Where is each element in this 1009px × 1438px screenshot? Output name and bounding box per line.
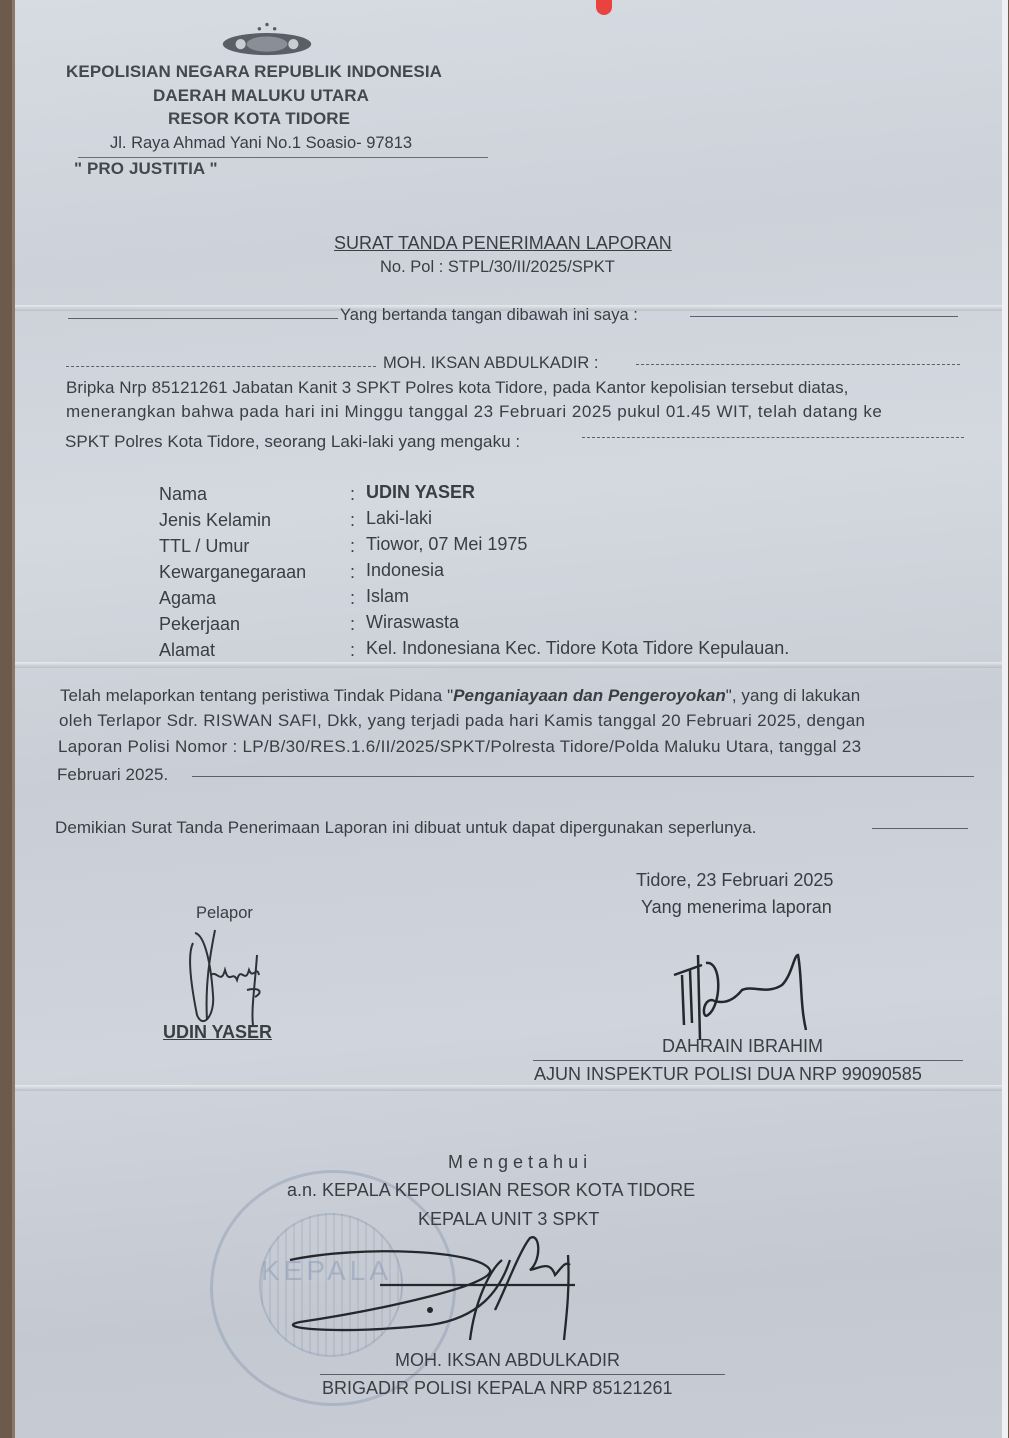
- header-divider: [78, 157, 488, 158]
- divider-line: [66, 366, 376, 368]
- pro-justitia: " PRO JUSTITIA ": [74, 159, 218, 179]
- divider-line: [192, 776, 974, 778]
- signed-below-text: Yang bertanda tangan dibawah ini saya :: [340, 306, 638, 325]
- field-separator: :: [350, 484, 355, 505]
- report-paragraph-line: oleh Terlapor Sdr. RISWAN SAFI, Dkk, yan…: [59, 711, 865, 731]
- unit-head-rank: BRIGADIR POLISI KEPALA NRP 85121261: [322, 1378, 673, 1399]
- field-separator: :: [350, 510, 355, 531]
- officer-name: MOH. IKSAN ABDULKADIR :: [383, 354, 598, 373]
- receiver-rank: AJUN INSPEKTUR POLISI DUA NRP 99090585: [534, 1064, 922, 1085]
- paper-fold: [15, 1085, 1008, 1091]
- field-value-gender: Laki-laki: [366, 508, 432, 529]
- reporter-label: Pelapor: [196, 904, 253, 923]
- paper-edge: [1002, 0, 1008, 1438]
- receiver-label: Yang menerima laporan: [641, 897, 832, 918]
- report-paragraph-line: Februari 2025.: [57, 765, 168, 785]
- field-value-occupation: Wiraswasta: [366, 612, 459, 633]
- acknowledged-label: M e n g e t a h u i: [448, 1152, 587, 1173]
- unit-head-name: MOH. IKSAN ABDULKADIR: [395, 1350, 620, 1371]
- field-value-name: UDIN YASER: [366, 482, 475, 503]
- report-paragraph-line: Laporan Polisi Nomor : LP/B/30/RES.1.6/I…: [58, 737, 861, 757]
- signature-line: [533, 1060, 963, 1062]
- document-number: No. Pol : STPL/30/II/2025/SPKT: [380, 258, 615, 277]
- intro-paragraph-line: Bripka Nrp 85121261 Jabatan Kanit 3 SPKT…: [66, 378, 848, 398]
- header-resort: RESOR KOTA TIDORE: [168, 109, 350, 129]
- field-separator: :: [350, 562, 355, 583]
- signature-line: [320, 1374, 725, 1376]
- field-separator: :: [350, 536, 355, 557]
- place-date: Tidore, 23 Februari 2025: [636, 870, 833, 891]
- divider-line: [636, 364, 960, 366]
- field-separator: :: [350, 614, 355, 635]
- field-label: Alamat: [159, 640, 215, 661]
- field-label: Jenis Kelamin: [159, 510, 271, 531]
- header-region: DAERAH MALUKU UTARA: [153, 86, 369, 106]
- field-label: Agama: [159, 588, 216, 609]
- report-text: Telah melaporkan tentang peristiwa Tinda…: [60, 686, 453, 705]
- report-paragraph-line: Telah melaporkan tentang peristiwa Tinda…: [60, 686, 860, 706]
- field-value-religion: Islam: [366, 586, 409, 607]
- reporter-signature: [185, 925, 285, 1030]
- field-value-birth: Tiowor, 07 Mei 1975: [366, 534, 527, 555]
- document-title: SURAT TANDA PENERIMAAN LAPORAN: [334, 233, 672, 254]
- intro-paragraph-line: SPKT Polres Kota Tidore, seorang Laki-la…: [65, 432, 520, 452]
- unit-head-signature: [280, 1230, 590, 1345]
- divider-line: [690, 316, 958, 318]
- header-institution: KEPOLISIAN NEGARA REPUBLIK INDONESIA: [66, 62, 442, 82]
- receiver-name: DAHRAIN IBRAHIM: [662, 1036, 823, 1057]
- closing-statement: Demikian Surat Tanda Penerimaan Laporan …: [55, 818, 757, 838]
- on-behalf-label: a.n. KEPALA KEPOLISIAN RESOR KOTA TIDORE: [287, 1180, 695, 1201]
- field-label: Kewarganegaraan: [159, 562, 306, 583]
- field-label: Pekerjaan: [159, 614, 240, 635]
- divider-line: [582, 437, 964, 439]
- field-value-citizenship: Indonesia: [366, 560, 444, 581]
- field-label: TTL / Umur: [159, 536, 249, 557]
- divider-line: [68, 318, 338, 320]
- police-emblem-icon: [214, 22, 320, 56]
- field-separator: :: [350, 640, 355, 661]
- field-label: Nama: [159, 484, 207, 505]
- divider-line: [872, 828, 968, 830]
- field-separator: :: [350, 588, 355, 609]
- receiver-signature: [672, 945, 822, 1040]
- unit-head-label: KEPALA UNIT 3 SPKT: [418, 1209, 599, 1230]
- reporter-name: UDIN YASER: [163, 1022, 272, 1043]
- header-address: Jl. Raya Ahmad Yani No.1 Soasio- 97813: [110, 134, 412, 153]
- field-value-address: Kel. Indonesiana Kec. Tidore Kota Tidore…: [366, 638, 789, 659]
- report-text: ", yang di lakukan: [726, 686, 861, 705]
- paper-fold: [15, 662, 1008, 668]
- crime-type: Penganiayaan dan Pengeroyokan: [453, 686, 726, 705]
- intro-paragraph-line: menerangkan bahwa pada hari ini Minggu t…: [66, 402, 882, 422]
